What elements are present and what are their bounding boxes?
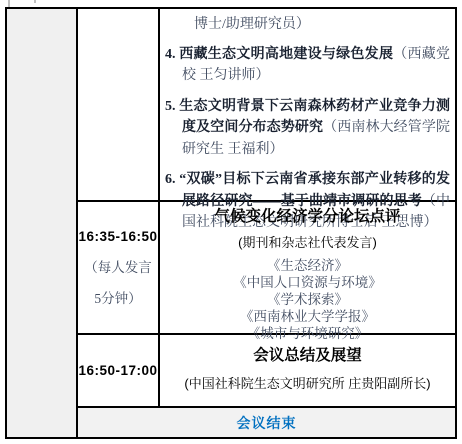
closing-row: 会议结束 bbox=[78, 408, 455, 437]
agenda-item-5: 5. 生态文明背景下云南森林药材产业竞争力测度及空间分布态势研究（西南林大经管学… bbox=[165, 96, 450, 161]
item-title: 西藏生态文明高地建设与绿色发展 bbox=[179, 47, 393, 62]
summary-session-subtitle: (中国社科院生态文明研究所 庄贵阳副所长) bbox=[184, 373, 430, 392]
speakers-list-cell: 博士/助理研究员） 4. 西藏生态文明高地建设与绿色发展（西藏党校 王匀讲师） … bbox=[160, 9, 455, 202]
review-time-note-line2: 5分钟） bbox=[94, 287, 141, 307]
page-edge-artifact bbox=[34, 0, 36, 3]
review-session-subtitle: (期刊和杂志社代表发言) bbox=[238, 232, 377, 251]
empty-time-cell bbox=[78, 9, 160, 202]
review-session-cell: 气候变化经济学分论坛点评 (期刊和杂志社代表发言) 《生态经济》 《中国人口资源… bbox=[160, 202, 455, 335]
journal-name: 《西南林业大学学报》 bbox=[233, 308, 382, 325]
speaker-continuation-line: 博士/助理研究员） bbox=[165, 14, 450, 36]
closing-label: 会议结束 bbox=[237, 413, 297, 433]
agenda-table: 博士/助理研究员） 4. 西藏生态文明高地建设与绿色发展（西藏党校 王匀讲师） … bbox=[5, 7, 457, 439]
journal-name: 《中国人口资源与环境》 bbox=[233, 274, 382, 291]
journal-name: 《学术探索》 bbox=[233, 291, 382, 308]
summary-time-range: 16:50-17:00 bbox=[78, 363, 157, 378]
agenda-item-4: 4. 西藏生态文明高地建设与绿色发展（西藏党校 王匀讲师） bbox=[165, 44, 450, 87]
journal-name: 《生态经济》 bbox=[233, 257, 382, 274]
item-number: 6. bbox=[165, 172, 176, 187]
review-time-range: 16:35-16:50 bbox=[78, 229, 157, 244]
document-page: { "colors": { "border": "#000000", "side… bbox=[0, 0, 462, 444]
review-session-title: 气候变化经济学分论坛点评 bbox=[214, 207, 400, 227]
review-time-note-line1: （每人发言 bbox=[84, 256, 152, 276]
page-edge-artifact bbox=[8, 0, 10, 7]
summary-session-cell: 会议总结及展望 (中国社科院生态文明研究所 庄贵阳副所长) bbox=[160, 335, 455, 408]
item-number: 4. bbox=[165, 47, 176, 62]
summary-session-title: 会议总结及展望 bbox=[253, 346, 362, 366]
item-number: 5. bbox=[165, 99, 176, 114]
review-time-cell: 16:35-16:50 （每人发言 5分钟） bbox=[78, 202, 160, 335]
side-column-cell bbox=[7, 9, 78, 437]
summary-time-cell: 16:50-17:00 bbox=[78, 335, 160, 408]
journal-list: 《生态经济》 《中国人口资源与环境》 《学术探索》 《西南林业大学学报》 《城市… bbox=[233, 257, 382, 342]
